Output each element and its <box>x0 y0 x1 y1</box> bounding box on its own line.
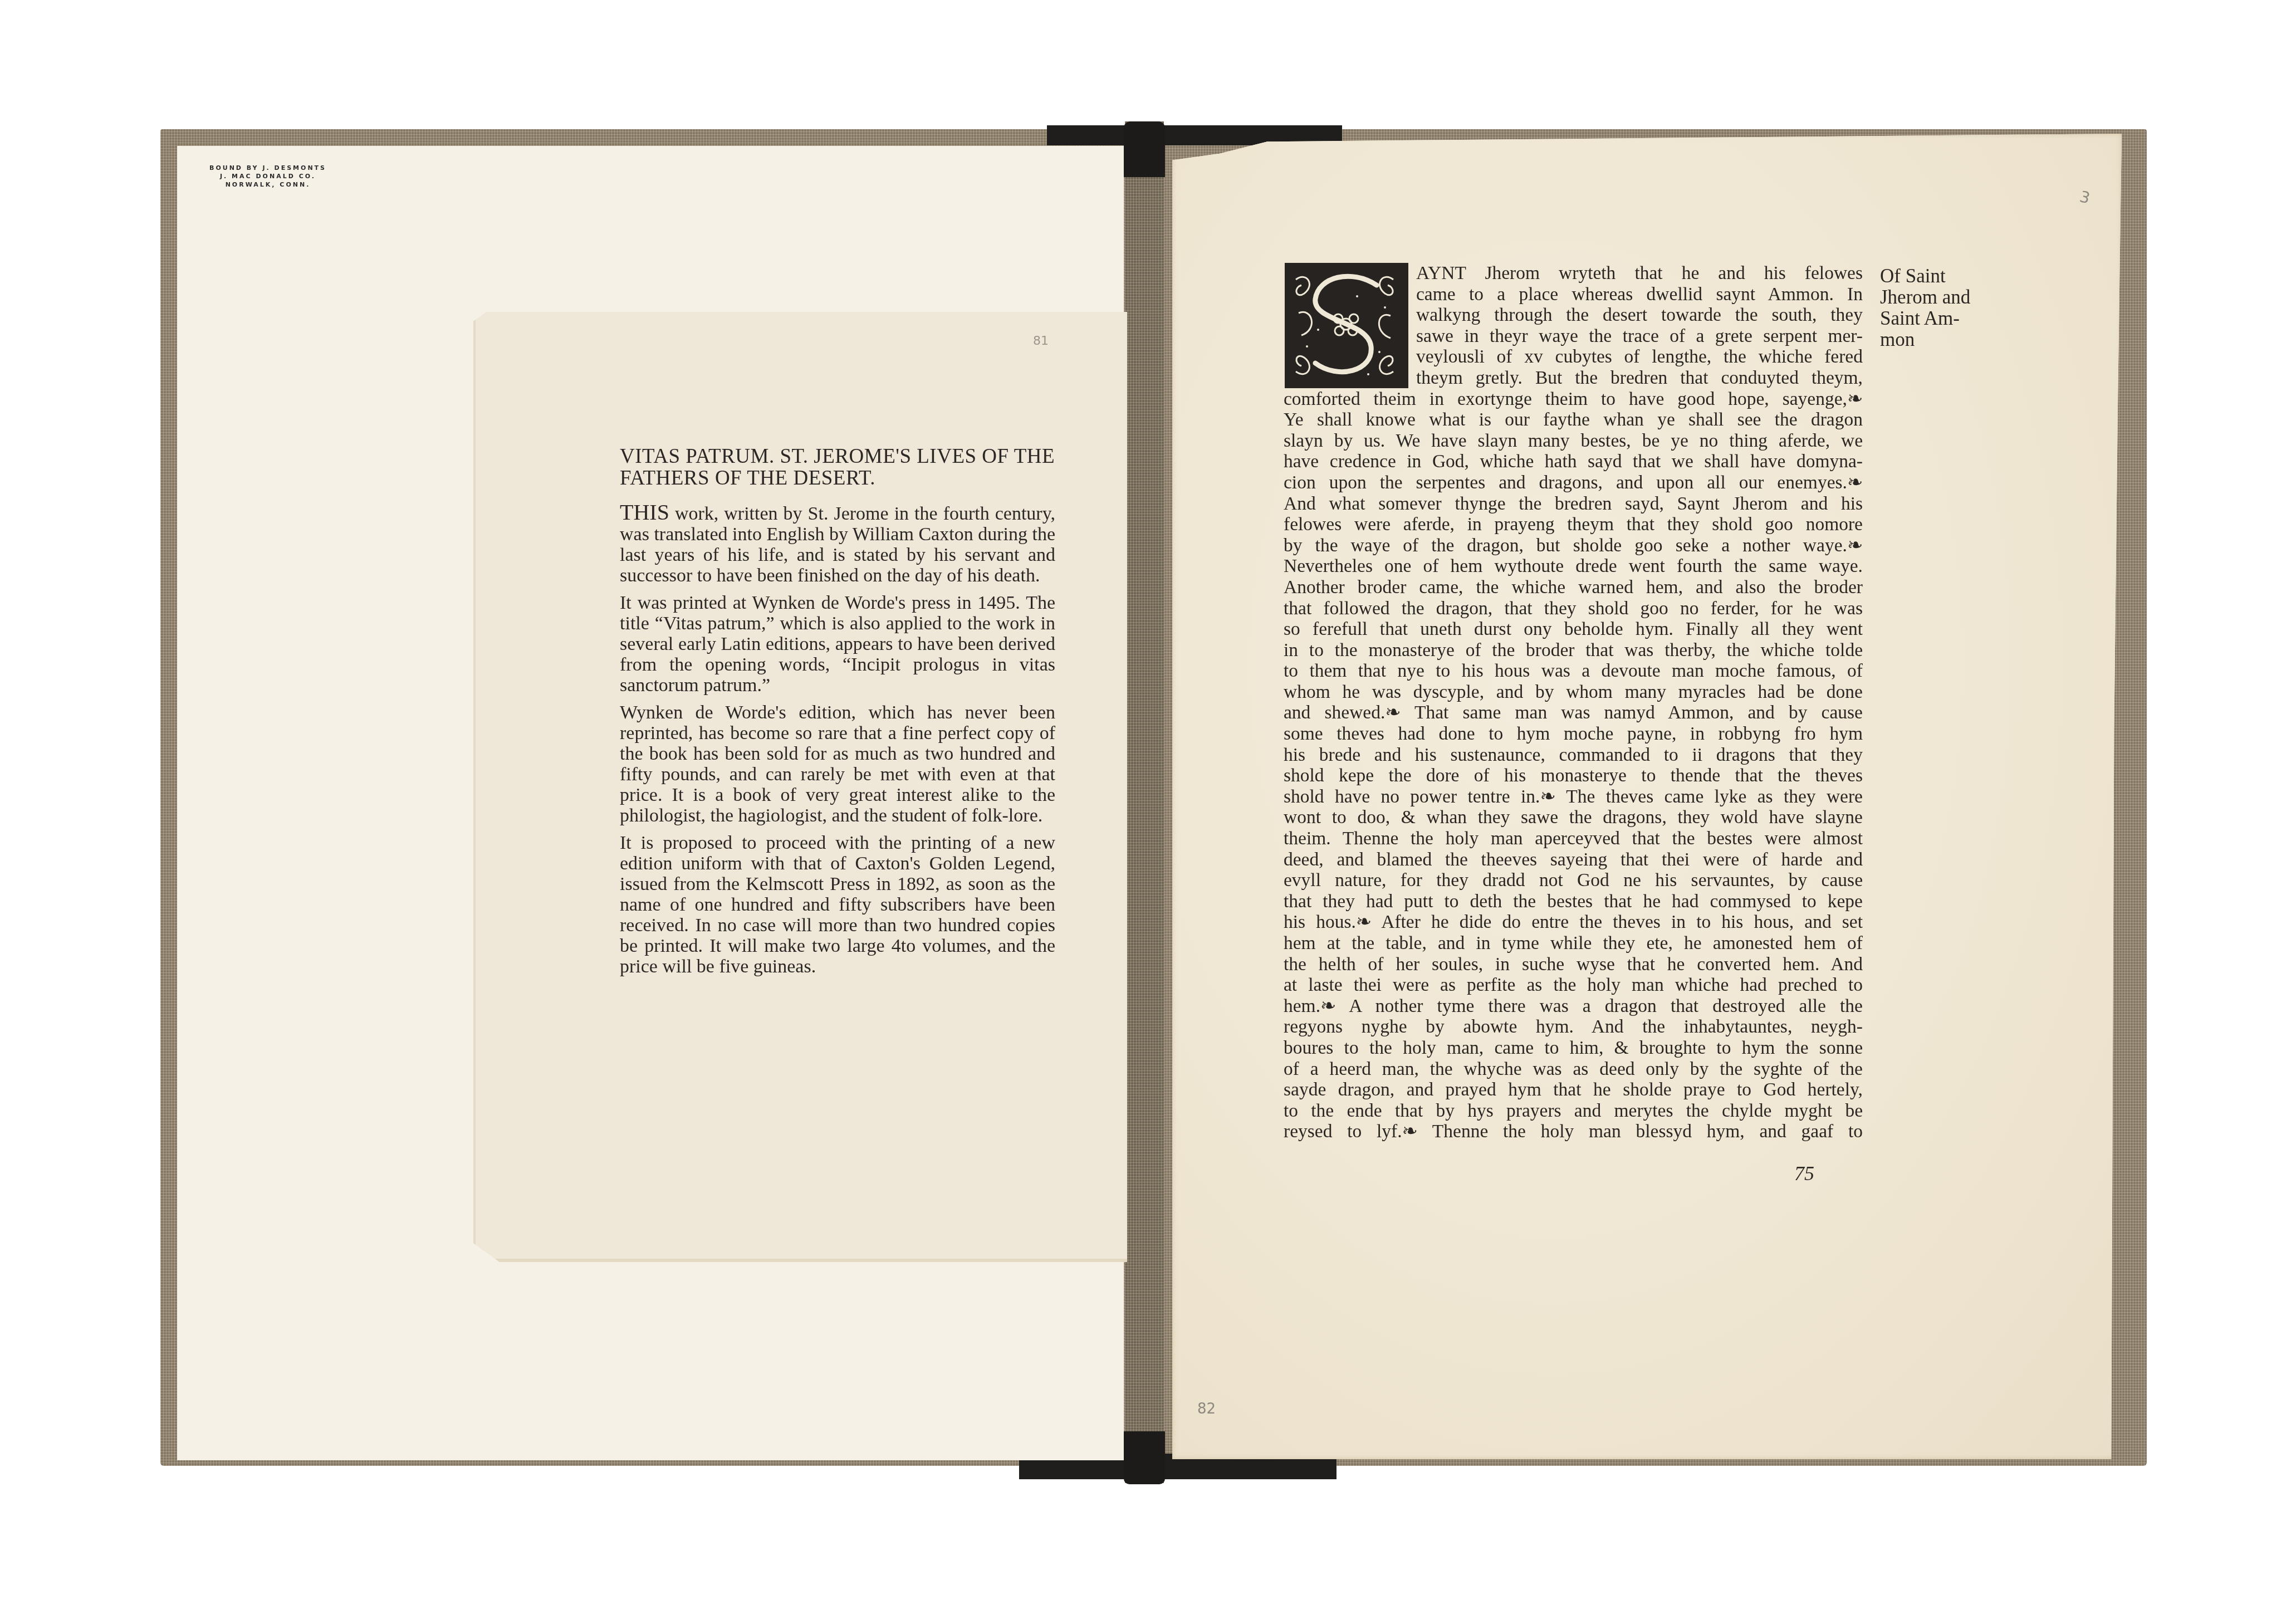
text-line: boures to the holy man, came to him, & b… <box>1284 1038 1863 1059</box>
text-line: hem.❧ A nother tyme there was a dragon t… <box>1284 996 1863 1017</box>
text-line: in to the monasterye of the broder that … <box>1284 640 1863 661</box>
text-line: at laste thei were as perfite as the hol… <box>1284 975 1863 996</box>
pencil-note: 81 <box>1033 334 1049 348</box>
text-line: to them that nye to his hous was a devou… <box>1284 661 1863 682</box>
text-line: shold kepe the dore of his monasterye to… <box>1284 765 1863 786</box>
text-line: deed, and blamed the theeves sayeing tha… <box>1284 849 1863 871</box>
prospectus-text: VITAS PATRUM. ST. JEROME'S LIVES OF THE … <box>620 446 1055 984</box>
spine-cap-bottom <box>1124 1431 1165 1484</box>
sidenote-line: mon <box>1880 329 1969 350</box>
binder-stamp-line: NORWALK, CONN. <box>209 180 326 189</box>
text-line: shold have no power tentre in.❧ The thev… <box>1284 786 1863 808</box>
text-line: theim. Thenne the holy man aperceyved th… <box>1284 828 1863 849</box>
text-line: felowes were aferde, in prayeng theym th… <box>1284 514 1863 535</box>
text-line: some theves had done to hym moche payne,… <box>1284 723 1863 745</box>
sidenote-line: Of Saint <box>1880 266 1969 287</box>
pencil-note: 82 <box>1197 1401 1216 1417</box>
text-line: so ferefull that uneth durst ony beholde… <box>1284 619 1863 640</box>
text-line: have credence in God, whiche hath sayd t… <box>1284 451 1863 472</box>
text-line: Ye shall knowe what is our faythe whan y… <box>1284 409 1863 431</box>
text-line: AYNT Jherom wryteth that he and his felo… <box>1416 263 1863 284</box>
text-line: hem at the table, and in tyme while they… <box>1284 933 1863 954</box>
text-line: sawe in theyr waye the trace of a grete … <box>1416 326 1863 347</box>
text-line: slayn by us. We have slayn many bestes, … <box>1284 431 1863 452</box>
prospectus-paragraph: Wynken de Worde's edition, which has nev… <box>620 702 1055 826</box>
text-line: theym gretly. But the bredren that condu… <box>1416 368 1863 389</box>
text-line: his hous.❧ After he dide do entre the th… <box>1284 912 1863 933</box>
binder-stamp: BOUND BY J. DESMONTS J. MAC DONALD CO. N… <box>209 164 326 189</box>
prospectus-title: VITAS PATRUM. ST. JEROME'S LIVES OF THE … <box>620 446 1055 489</box>
text-line: and shewed.❧ That same man was namyd Amm… <box>1284 702 1863 723</box>
text-line: of a heerd man, the whyche was as deed o… <box>1284 1059 1863 1080</box>
page-body-text: AYNT Jherom wryteth that he and his felo… <box>1284 263 1863 1142</box>
text-line: veylousli of xv cubytes of lengthe, the … <box>1416 346 1863 368</box>
paragraph-lead: THIS <box>620 500 669 525</box>
margin-sidenote: Of Saint Jherom and Saint Am- mon <box>1880 266 1969 350</box>
text-line: comforted theim in exortynge theim to ha… <box>1284 389 1863 410</box>
text-line: that they had putt to deth the bestes th… <box>1284 891 1863 912</box>
text-line: wont to doo, & whan they sawe the dragon… <box>1284 807 1863 828</box>
binder-stamp-line: J. MAC DONALD CO. <box>209 172 326 180</box>
spine-hinge <box>1125 121 1164 1483</box>
text-line: cion upon the serpentes and dragons, and… <box>1284 472 1863 493</box>
prospectus-paragraph: It was printed at Wynken de Worde's pres… <box>620 593 1055 696</box>
text-line: Nevertheles one of hem wythoute drede we… <box>1284 556 1863 577</box>
text-line: by the waye of the dragon, but sholde go… <box>1284 535 1863 556</box>
text-line: whom he was dyscyple, and by whom many m… <box>1284 682 1863 703</box>
text-line: Another broder came, the whiche warned h… <box>1284 577 1863 598</box>
text-line: And what somever thynge the bredren sayd… <box>1284 493 1863 515</box>
text-line: that followed the dragon, that they shol… <box>1284 598 1863 619</box>
text-line: sayde dragon, and prayed hym that he sho… <box>1284 1079 1863 1101</box>
text-line: the helth of her soules, in suche wyse t… <box>1284 954 1863 975</box>
sidenote-line: Jherom and <box>1880 287 1969 308</box>
text-line: his brede and his sustenaunce, commanded… <box>1284 745 1863 766</box>
page-number: 75 <box>1794 1162 1814 1185</box>
sidenote-line: Saint Am- <box>1880 308 1969 329</box>
text-line: regyons nyghe by abowte hym. And the inh… <box>1284 1016 1863 1038</box>
binder-stamp-line: BOUND BY J. DESMONTS <box>209 164 326 172</box>
text-line: came to a place whereas dwellid saynt Am… <box>1416 284 1863 305</box>
prospectus-paragraph: THIS work, written by St. Jerome in the … <box>620 502 1055 586</box>
spine-cap-top <box>1124 121 1165 177</box>
text-line: to the ende that by hys prayers and mery… <box>1284 1101 1863 1122</box>
text-line: evyll nature, for they dradd not God ne … <box>1284 870 1863 891</box>
prospectus-paragraph: It is proposed to proceed with the print… <box>620 833 1055 977</box>
text-line: walkyng through the desert towarde the s… <box>1416 305 1863 326</box>
text-line: reysed to lyf.❧ Thenne the holy man bles… <box>1284 1121 1863 1142</box>
